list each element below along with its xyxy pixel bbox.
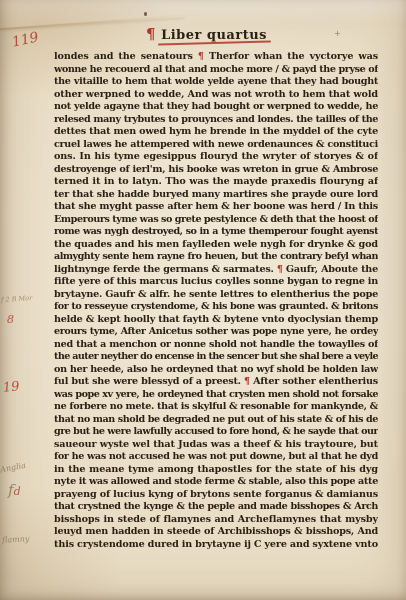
margin-folio-note: 119 xyxy=(11,29,40,50)
text-line: ons. In his tyme egesippus flouryd the w… xyxy=(54,151,378,164)
text-line: the quades and his men faylleden wele ny… xyxy=(54,239,378,252)
text-line: that she myght passe after hem & her boo… xyxy=(54,201,378,214)
text-line: erours tyme, After Anicetus sother was p… xyxy=(54,326,378,339)
book-page-scan: + ¶ Liber quartus londes and the senatou… xyxy=(0,0,406,600)
text-line: dettes that men owed hym he brende in th… xyxy=(54,126,378,139)
text-line: for to resseyue crystendome, & his bone … xyxy=(54,301,378,314)
text-line: gre but he were lawfully accused to fore… xyxy=(54,426,378,439)
text-line: other werpned to wedde, And was not wrot… xyxy=(54,89,378,102)
text-line: fifte yere of this marcus lucius coylles… xyxy=(54,276,378,289)
page-heading: ¶ Liber quartus xyxy=(146,25,267,43)
text-block: londes and the senatours ¶ Therfor whan … xyxy=(54,51,378,551)
text-line: leuyd men hadden in steede of Archibissh… xyxy=(54,526,378,539)
text-line: helde & kept hoolly that fayth & bytene … xyxy=(54,314,378,327)
text-line: saueour wyste wel that Judas was a theef… xyxy=(54,439,378,452)
text-line: wonne he recouerd al that and moche more… xyxy=(54,64,378,77)
margin-place-note: Anglia xyxy=(0,461,27,474)
text-line: was pope xv yere, he ordeyned that cryst… xyxy=(54,389,378,402)
pen-flourish-red: d xyxy=(14,485,21,498)
text-line: relesed many trybutes to prouynces and l… xyxy=(54,114,378,127)
text-line: the auter neyther do encense in the senc… xyxy=(54,351,378,364)
text-line: on her heede, also he ordeyned that no w… xyxy=(54,364,378,377)
text-line: lightnynge ferde the germans & sarmates.… xyxy=(54,264,378,277)
margin-red-number-1: 8 xyxy=(7,313,14,326)
text-line: londes and the senatours ¶ Therfor whan … xyxy=(54,51,378,64)
text-line: nyte it was allowed and stode ferme & st… xyxy=(54,476,378,489)
text-line: rome was nygh destroyed, so in a tyme th… xyxy=(54,226,378,239)
text-line: bisshops in stede of flamynes and Archef… xyxy=(54,514,378,527)
text-line: ne forbere no mete. that is skylful & re… xyxy=(54,401,378,414)
text-line: ful but she were blessyd of a preest. ¶ … xyxy=(54,376,378,389)
ink-speck xyxy=(144,12,147,16)
text-line: that no man shold be degraded ne put out… xyxy=(54,414,378,427)
plus-mark: + xyxy=(334,29,341,38)
text-line: cruel lawes he attempered with newe orde… xyxy=(54,139,378,152)
pilcrow-icon: ¶ xyxy=(146,25,156,43)
text-line: in the meane tyme among thapostles for t… xyxy=(54,464,378,477)
text-line: terned it in to latyn. Tho was the mayde… xyxy=(54,176,378,189)
margin-ink-note: f 2 B Mor xyxy=(1,294,33,304)
pilcrow-icon: ¶ xyxy=(277,264,286,275)
text-line: not yelde agayne that they had bought or… xyxy=(54,101,378,114)
text-line: brytayne. Gaufr & alfr. he sente lettres… xyxy=(54,289,378,302)
pilcrow-icon: ¶ xyxy=(198,51,209,62)
text-line: prayeng of lucius kyng of brytons sente … xyxy=(54,489,378,502)
text-line: destroyenge of ierl'm, his booke was wre… xyxy=(54,164,378,177)
text-line: ned that a menchon or nonne shold not ha… xyxy=(54,339,378,352)
margin-pen-flourish: fd xyxy=(8,481,21,499)
margin-red-number-2: 19 xyxy=(2,379,20,396)
pilcrow-icon: ¶ xyxy=(244,376,253,387)
text-line: this crystendome dured in brytayne ij C … xyxy=(54,539,378,552)
margin-pen-trial: flamny xyxy=(2,534,30,544)
text-line: that crystned the kynge & the peple and … xyxy=(54,501,378,514)
text-line: for he was not accused he was not put do… xyxy=(54,451,378,464)
text-line: almyghty sente hem rayne fro heuen, but … xyxy=(54,251,378,264)
text-line: the vitaille to hem that wolde yelde aye… xyxy=(54,76,378,89)
text-line: ter that she hadde buryed many martires … xyxy=(54,189,378,202)
text-line: Emperours tyme was so grete pestylence &… xyxy=(54,214,378,227)
